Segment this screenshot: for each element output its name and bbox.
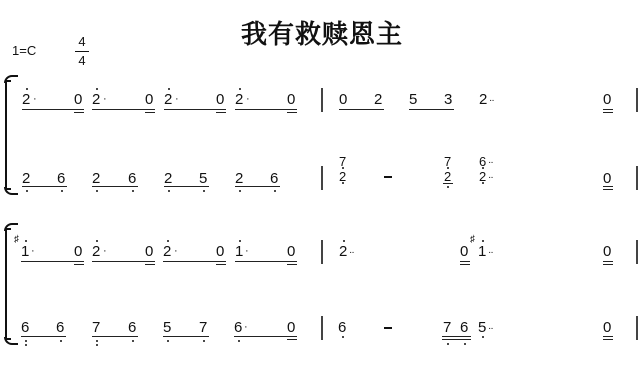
score-title: 我有救赎恩主 [0, 14, 640, 51]
bracket-outer [5, 80, 11, 190]
note: 7 [92, 320, 100, 335]
rest: 0 [603, 92, 611, 107]
underline [216, 264, 226, 265]
rest: 0 [287, 320, 295, 335]
underline [21, 336, 66, 337]
note: 2 [92, 244, 100, 259]
underline [460, 261, 470, 262]
note: 6 [338, 320, 346, 335]
low-octave-dot [464, 343, 466, 345]
low-octave-dot [482, 336, 484, 338]
time-signature-bottom: 4 [75, 53, 89, 69]
aug-dot: · [31, 244, 35, 259]
underline [287, 112, 297, 113]
note: 6 [57, 171, 65, 186]
underline [21, 261, 84, 262]
aug-dots: ·· [488, 323, 493, 334]
aug-dot: · [175, 92, 179, 107]
note: 2 [235, 92, 243, 107]
underline [409, 109, 454, 110]
bracket-bottom-curl [4, 337, 18, 345]
note: 2 [479, 92, 487, 107]
bar-line [636, 316, 638, 340]
underline [92, 109, 155, 110]
low-octave-dot [96, 190, 98, 192]
note: 2 [235, 171, 243, 186]
underline [92, 336, 138, 337]
note: 6 [21, 320, 29, 335]
low-octave-dot [203, 340, 205, 342]
note: 6 [128, 320, 136, 335]
underline [235, 109, 297, 110]
underline [442, 339, 471, 340]
chord-note-bottom: 2 [444, 169, 451, 184]
aug-dot: · [174, 244, 178, 259]
underline [235, 186, 280, 187]
underline [163, 261, 226, 262]
underline [603, 336, 613, 337]
high-octave-dot [167, 240, 169, 242]
rest: 0 [339, 92, 347, 107]
underline [145, 112, 155, 113]
underline [603, 339, 613, 340]
underline [234, 336, 297, 337]
bar-line [321, 316, 323, 340]
note: 2 [163, 244, 171, 259]
underline [603, 264, 613, 265]
low-octave-dot [274, 190, 276, 192]
underline [235, 261, 297, 262]
note: 6 [234, 320, 242, 335]
rest: 0 [603, 320, 611, 335]
aug-dot: · [103, 92, 107, 107]
bar-line [636, 166, 638, 190]
rest: 0 [216, 244, 224, 259]
underline [74, 112, 84, 113]
bracket-outer [5, 228, 11, 340]
underline [164, 186, 209, 187]
low-octave-dot [482, 182, 484, 184]
underline [74, 264, 84, 265]
low-octave-dot [60, 340, 62, 342]
rest: 0 [216, 92, 224, 107]
time-signature-line [75, 51, 89, 52]
low-octave-dot [26, 190, 28, 192]
time-signature: 4 4 [75, 34, 89, 69]
sustain-dash [384, 327, 392, 329]
low-octave-dot [238, 340, 240, 342]
underline [92, 186, 138, 187]
low-octave-dot [447, 343, 449, 345]
high-octave-dot [168, 88, 170, 90]
aug-dots: ·· [349, 247, 354, 258]
sharp-icon: ♯ [14, 234, 19, 245]
key-signature: 1=C [12, 43, 36, 58]
note: 2 [92, 171, 100, 186]
aug-dots: ·· [488, 157, 493, 168]
aug-dots: ·· [488, 247, 493, 258]
rest: 0 [74, 244, 82, 259]
bar-line [636, 88, 638, 112]
low-octave-dot [132, 190, 134, 192]
underline [443, 183, 453, 184]
note: 7 [443, 320, 451, 335]
rest: 0 [460, 244, 468, 259]
low-octave-dot [61, 190, 63, 192]
underline [22, 186, 67, 187]
bar-line [321, 166, 323, 190]
note: 7 [199, 320, 207, 335]
low-octave-dot [25, 344, 27, 346]
low-octave-dot [96, 344, 98, 346]
underline [287, 339, 297, 340]
high-octave-dot [239, 240, 241, 242]
rest: 0 [145, 92, 153, 107]
low-octave-dot [239, 190, 241, 192]
underline [92, 261, 155, 262]
note: 1 [478, 244, 486, 259]
high-octave-dot [25, 240, 27, 242]
note: 6 [128, 171, 136, 186]
underline [603, 186, 613, 187]
low-octave-dot [132, 340, 134, 342]
note: 5 [478, 320, 486, 335]
low-octave-dot [447, 186, 449, 188]
underline [603, 261, 613, 262]
underline [603, 109, 613, 110]
underline [22, 109, 84, 110]
aug-dot: · [246, 92, 250, 107]
high-octave-dot [239, 88, 241, 90]
aug-dot: · [244, 320, 248, 335]
note: 2 [164, 92, 172, 107]
underline [163, 336, 209, 337]
note: 5 [163, 320, 171, 335]
underline [339, 109, 384, 110]
aug-dot: · [245, 244, 249, 259]
note: 6 [270, 171, 278, 186]
note: 3 [444, 92, 452, 107]
underline [145, 264, 155, 265]
underline [603, 189, 613, 190]
underline [287, 264, 297, 265]
high-octave-dot [26, 88, 28, 90]
rest: 0 [287, 244, 295, 259]
low-octave-dot [25, 340, 27, 342]
note: 2 [374, 92, 382, 107]
low-octave-dot [96, 340, 98, 342]
low-octave-dot [168, 190, 170, 192]
low-octave-dot [342, 182, 344, 184]
note: 5 [409, 92, 417, 107]
low-octave-dot [342, 336, 344, 338]
low-octave-dot [203, 190, 205, 192]
underline [603, 112, 613, 113]
low-octave-dot [167, 340, 169, 342]
rest: 0 [603, 244, 611, 259]
bar-line [321, 240, 323, 264]
sharp-icon: ♯ [470, 234, 475, 245]
note: 2 [164, 171, 172, 186]
bracket-bottom-curl [4, 187, 18, 195]
note: 6 [460, 320, 468, 335]
underline [216, 112, 226, 113]
note: 2 [22, 171, 30, 186]
rest: 0 [287, 92, 295, 107]
bar-line [321, 88, 323, 112]
high-octave-dot [482, 240, 484, 242]
aug-dot: · [33, 92, 37, 107]
note: 1 [21, 244, 29, 259]
note: 2 [92, 92, 100, 107]
note: 1 [235, 244, 243, 259]
rest: 0 [74, 92, 82, 107]
rest: 0 [603, 171, 611, 186]
time-signature-top: 4 [75, 34, 89, 50]
note: 6 [56, 320, 64, 335]
underline [442, 336, 471, 337]
aug-dots: ·· [488, 172, 493, 183]
note: 2 [22, 92, 30, 107]
rest: 0 [145, 244, 153, 259]
aug-dots: ·· [489, 95, 494, 106]
note: 5 [199, 171, 207, 186]
high-octave-dot [343, 240, 345, 242]
high-octave-dot [96, 88, 98, 90]
note: 2 [339, 244, 347, 259]
aug-dot: · [103, 244, 107, 259]
underline [164, 109, 226, 110]
high-octave-dot [96, 240, 98, 242]
bar-line [636, 240, 638, 264]
underline [460, 264, 470, 265]
sustain-dash [384, 176, 392, 178]
